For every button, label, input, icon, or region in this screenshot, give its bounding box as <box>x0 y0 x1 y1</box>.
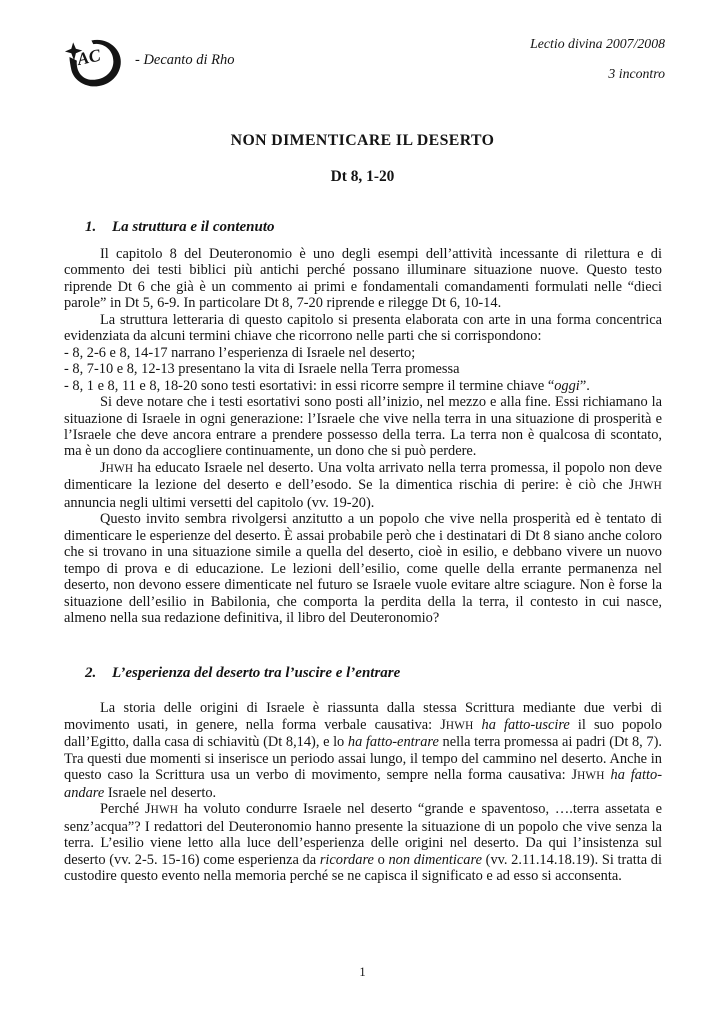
list-line: - 8, 7-10 e 8, 12-13 presentano la vita … <box>64 361 662 377</box>
section-title: La struttura e il contenuto <box>112 219 275 235</box>
page-header: AC - Decanto di Rho Lectio divina 2007/2… <box>64 36 665 98</box>
list-line: - 8, 1 e 8, 11 e 8, 18-20 sono testi eso… <box>64 378 662 394</box>
paragraph: Si deve notare che i testi esortativi so… <box>64 394 662 460</box>
logo-caption: - Decanto di Rho <box>135 52 234 69</box>
divine-name: JHWH <box>100 460 133 476</box>
header-left: AC - Decanto di Rho <box>64 36 234 98</box>
document-title: NON DIMENTICARE IL DESERTO <box>0 132 725 150</box>
header-course-title: Lectio divina 2007/2008 <box>530 36 665 52</box>
divine-name: JHWH <box>440 717 473 733</box>
section-heading: 1.La struttura e il contenuto <box>85 218 662 237</box>
list-line: - 8, 2-6 e 8, 14-17 narrano l’esperienza… <box>64 345 662 361</box>
ac-logo-letters: AC <box>75 46 103 70</box>
section-2: 2.L’esperienza del deserto tra l’uscire … <box>64 664 662 884</box>
section-title: L’esperienza del deserto tra l’uscire e … <box>112 665 400 681</box>
paragraph: La storia delle origini di Israele è ria… <box>64 700 662 801</box>
paragraph: Perché JHWH ha voluto condurre Israele n… <box>64 801 662 884</box>
document-page: AC - Decanto di Rho Lectio divina 2007/2… <box>0 0 725 1024</box>
page-footer: 1 <box>0 965 725 980</box>
paragraph: La struttura letteraria di questo capito… <box>64 312 662 345</box>
section-1: 1.La struttura e il contenutoIl capitolo… <box>64 218 662 626</box>
page-number: 1 <box>359 965 365 979</box>
paragraph: Il capitolo 8 del Deuteronomio è uno deg… <box>64 246 662 312</box>
header-session-number: 3 incontro <box>530 66 665 82</box>
divine-name: JHWH <box>629 477 662 493</box>
ac-logo: AC <box>64 36 128 98</box>
divine-name: JHWH <box>571 767 604 783</box>
section-number: 2. <box>85 664 112 683</box>
document-subtitle: Dt 8, 1-20 <box>0 168 725 186</box>
divine-name: JHWH <box>145 801 178 817</box>
document-sections: 1.La struttura e il contenutoIl capitolo… <box>64 218 662 884</box>
section-heading: 2.L’esperienza del deserto tra l’uscire … <box>85 664 662 683</box>
paragraph: Questo invito sembra rivolgersi anzitutt… <box>64 511 662 626</box>
section-number: 1. <box>85 218 112 237</box>
paragraph: JHWH ha educato Israele nel deserto. Una… <box>64 460 662 511</box>
header-right: Lectio divina 2007/2008 3 incontro <box>530 36 665 82</box>
